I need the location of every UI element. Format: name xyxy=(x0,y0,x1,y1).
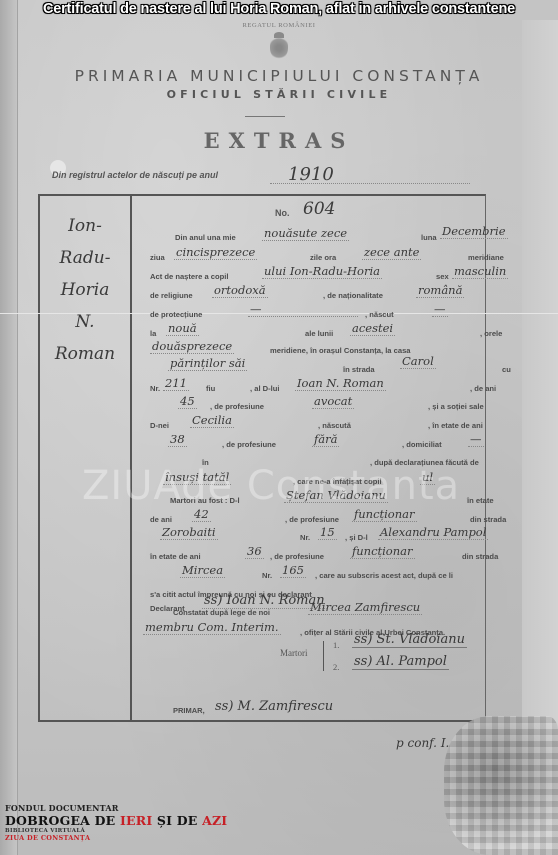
field-label: de ani xyxy=(150,515,172,524)
field-label: , care ne-a înfățișat copil xyxy=(293,477,382,486)
record-number: 604 xyxy=(303,199,335,219)
field-label: Act de naștere a copil xyxy=(150,272,229,281)
witness-number: 2. xyxy=(333,662,339,672)
brand-text: DOBROGEA DE xyxy=(5,813,120,828)
field-value: cincisprezece xyxy=(174,245,257,260)
field-label: , domiciliat xyxy=(402,440,442,449)
field-label: din strada xyxy=(462,552,498,561)
witnesses-label: Martori xyxy=(280,648,308,658)
field-value: nouă xyxy=(166,321,199,336)
register-year: 1910 xyxy=(288,164,334,185)
field-value: Decembrie xyxy=(440,224,508,239)
field-label: , după declarațiunea făcută de xyxy=(370,458,479,467)
coat-of-arms-icon xyxy=(270,36,288,60)
field-value: 165 xyxy=(280,563,306,578)
margin-name-line: Roman xyxy=(40,338,130,370)
register-label: Din registrul actelor de născuți pe anul xyxy=(52,170,218,180)
witnesses-brace xyxy=(323,641,324,671)
declarant-label-text: Declarant xyxy=(150,604,185,613)
field-label: Nr. xyxy=(300,533,310,542)
margin-name-line: Radu- xyxy=(40,242,130,274)
document-type: EXTRAS xyxy=(0,128,558,153)
document-subtitle: OFICIUL STĂRII CIVILE xyxy=(0,88,558,101)
field-label: , și D-l xyxy=(345,533,368,542)
divider xyxy=(245,116,285,117)
field-label: , de naționalitate xyxy=(323,291,383,300)
field-label: din strada xyxy=(470,515,506,524)
field-label: , născut xyxy=(365,310,394,319)
record-number-label: No. xyxy=(275,208,290,218)
field-label: , al D-lui xyxy=(250,384,280,393)
field-label: în etate xyxy=(467,496,494,505)
field-value: — xyxy=(468,432,484,447)
field-label: ziua xyxy=(150,253,165,262)
field-label: Din anul una mie xyxy=(175,233,236,242)
field-value: română xyxy=(416,283,464,298)
witness-number: 1. xyxy=(333,640,339,650)
field-label: ale lunii xyxy=(305,329,333,338)
field-value: ul xyxy=(420,470,435,485)
field-value: avocat xyxy=(312,394,354,409)
field-value: Ștefan Vlădoianu xyxy=(284,488,388,503)
witness-signature: ss) Al. Pampol xyxy=(352,654,449,670)
field-label: , născută xyxy=(318,421,351,430)
field-value: însuși tatăl xyxy=(163,470,231,485)
field-value: zece ante xyxy=(362,245,421,260)
field-label: în strada xyxy=(343,365,375,374)
field-value: ului Ion-Radu-Horia xyxy=(262,264,382,279)
margin-name-line: Horia xyxy=(40,274,130,306)
kingdom-label: REGATUL ROMÂNIEI xyxy=(0,22,558,29)
field-value: masculin xyxy=(452,264,508,279)
field-label: meridiane xyxy=(468,253,504,262)
field-value: 36 xyxy=(245,544,264,559)
field-value: Cecilia xyxy=(190,413,234,428)
field-label: în xyxy=(202,458,209,467)
field-label: , de profesiune xyxy=(285,515,339,524)
field-value: funcționar xyxy=(352,507,417,522)
field-value: funcționar xyxy=(350,544,415,559)
brand-line-2: DOBROGEA DE IERI ȘI DE AZI xyxy=(5,813,227,828)
margin-name-line: Ion- xyxy=(40,210,130,242)
field-value: douăsprezece xyxy=(150,339,234,354)
field-value: — xyxy=(432,302,448,317)
field-label: Nr. xyxy=(262,571,272,580)
witness-signature: ss) St. Vlădoianu xyxy=(352,632,467,648)
brand-line-1: FONDUL DOCUMENTAR xyxy=(5,803,227,813)
field-value: Carol xyxy=(400,354,436,369)
field-label: D-nei xyxy=(150,421,169,430)
margin-name-line: N. xyxy=(40,306,130,338)
field-label: , și a soției sale xyxy=(428,402,484,411)
image-caption: Certificatul de nastere al lui Horia Rom… xyxy=(0,1,558,17)
field-label: Martori au fost : D-l xyxy=(170,496,240,505)
margin-name: Ion- Radu- Horia N. Roman xyxy=(40,210,130,370)
field-label: fiu xyxy=(206,384,215,393)
field-label: sex xyxy=(436,272,449,281)
field-label: , de profesiune xyxy=(210,402,264,411)
field-label: , de ani xyxy=(470,384,496,393)
mayor-signature: ss) M. Zamfirescu xyxy=(213,699,335,714)
field-label: Nr. xyxy=(150,384,160,393)
brand-text: ȘI DE xyxy=(152,813,202,828)
field-label: Constatat după lege de noi xyxy=(173,608,270,617)
field-label: zile ora xyxy=(310,253,336,262)
field-label: , de profesiune xyxy=(222,440,276,449)
field-value: acestei xyxy=(350,321,395,336)
field-label: luna xyxy=(421,233,437,242)
brand-accent-text: AZI xyxy=(202,813,227,828)
field-label: cu xyxy=(502,365,511,374)
field-value: fără xyxy=(312,432,339,447)
brand-accent-text: IERI xyxy=(120,813,152,828)
record-column-divider xyxy=(130,194,132,722)
field-value: 42 xyxy=(192,507,211,522)
mayor-label: PRIMAR, xyxy=(173,706,205,715)
field-value: — xyxy=(248,302,358,317)
publisher-branding: FONDUL DOCUMENTAR DOBROGEA DE IERI ȘI DE… xyxy=(5,803,227,842)
field-value: Ioan N. Roman xyxy=(295,376,386,391)
field-value: nouăsute zece xyxy=(262,226,349,241)
field-value: Mircea xyxy=(180,563,225,578)
field-label: la xyxy=(150,329,156,338)
field-value: membru Com. Interim. xyxy=(143,620,281,635)
document-title: PRIMARIA MUNICIPIULUI CONSTANȚA xyxy=(0,67,558,85)
field-value: 45 xyxy=(178,394,197,409)
brand-line-4: ZIUA DE CONSTANȚA xyxy=(5,834,227,842)
pixelated-stamp xyxy=(444,716,558,855)
declarant-signature: ss) Ioan N. Roman xyxy=(202,593,327,609)
field-label: în etate de ani xyxy=(150,552,201,561)
field-value: ortodoxă xyxy=(212,283,268,298)
field-label: meridiene, în orașul Constanța, la casa xyxy=(270,346,411,355)
field-value: 15 xyxy=(318,525,337,540)
field-value: 211 xyxy=(163,376,189,391)
field-label: de protecțiune xyxy=(150,310,202,319)
field-label: , de profesiune xyxy=(270,552,324,561)
field-value: părinților săi xyxy=(168,356,247,371)
field-label: de religiune xyxy=(150,291,193,300)
field-label: , orele xyxy=(480,329,502,338)
field-label: , în etate de ani xyxy=(428,421,483,430)
field-label: , care au subscris acest act, după ce li xyxy=(315,571,453,580)
field-value: 38 xyxy=(168,432,187,447)
field-value: Alexandru Pampol xyxy=(378,525,488,540)
field-value: Zorobaiti xyxy=(160,525,218,540)
